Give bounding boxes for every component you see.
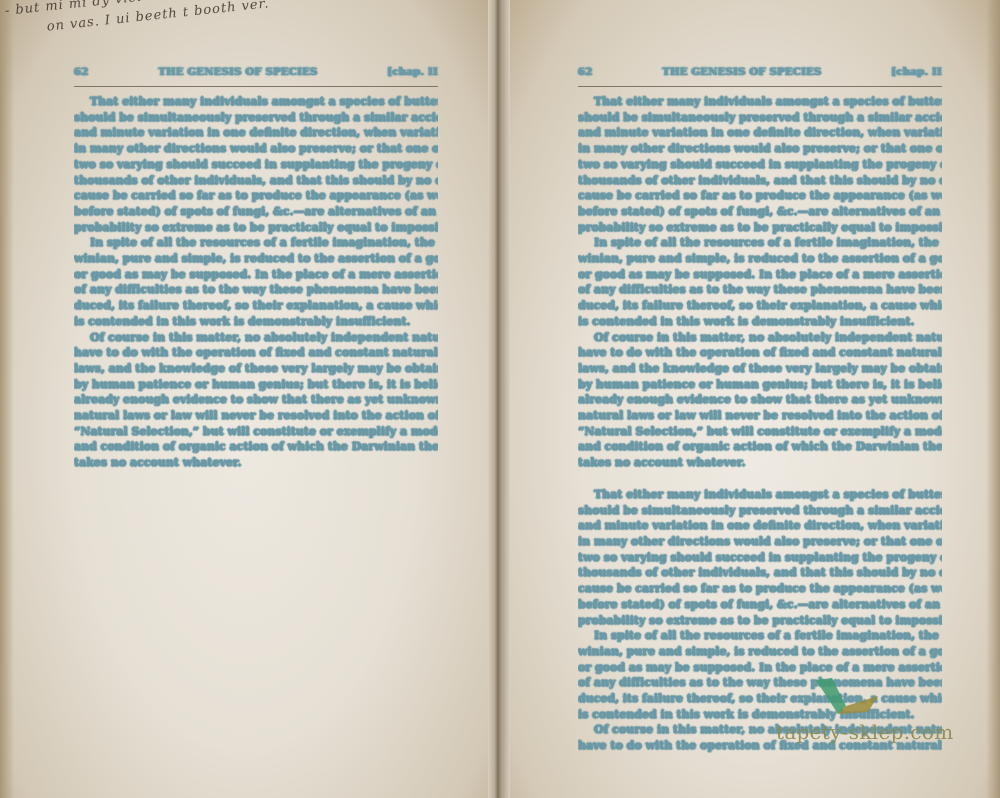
text-line: two so varying should succeed in supplan…: [578, 157, 942, 173]
text-line: in many other directions would also pres…: [578, 534, 942, 550]
text-line: cause be carried so far as to produce th…: [578, 188, 942, 204]
text-line: two so varying should succeed in supplan…: [74, 157, 438, 173]
text-line: natural laws or law will never be resolv…: [578, 408, 942, 424]
text-line: That either many individuals amongst a s…: [578, 94, 942, 110]
text-line: thousands of other individuals, and that…: [74, 173, 438, 189]
text-line: and minute variation in one definite dir…: [578, 125, 942, 141]
text-line: should be simultaneously preserved throu…: [578, 110, 942, 126]
text-line: natural laws or law will never be resolv…: [74, 408, 438, 424]
text-line: before stated) of spots of fungi, &c.—ar…: [578, 204, 942, 220]
running-title: THE GENESIS OF SPECIES: [158, 67, 317, 78]
text-line: or good as may be supposed. In the place…: [578, 267, 942, 283]
running-title: THE GENESIS OF SPECIES: [662, 67, 821, 78]
text-line: is contended in this work is demonstrabl…: [74, 314, 438, 330]
text-line: In spite of all the resources of a ferti…: [74, 235, 438, 251]
right-page-text: 62 THE GENESIS OF SPECIES [chap. II That…: [578, 64, 942, 754]
text-line: before stated) of spots of fungi, &c.—ar…: [74, 204, 438, 220]
text-line: of any difficulties as to the way these …: [74, 282, 438, 298]
text-line: and minute variation in one definite dir…: [74, 125, 438, 141]
text-line: already enough evidence to show that the…: [578, 392, 942, 408]
text-line: winian, pure and simple, is reduced to t…: [74, 251, 438, 267]
text-line: That either many individuals amongst a s…: [74, 94, 438, 110]
text-line: That either many individuals amongst a s…: [578, 487, 942, 503]
v-ribbon-logo-icon: [812, 676, 882, 716]
text-line: probability so extreme as to be practica…: [578, 220, 942, 236]
header-rule: [74, 86, 438, 87]
text-line: of any difficulties as to the way these …: [578, 282, 942, 298]
book-spread: - but mi mi dy viel wellence from m a bu…: [0, 0, 1000, 798]
text-line: or good as may be supposed. In the place…: [74, 267, 438, 283]
text-line: “Natural Selection,” but will constitute…: [74, 424, 438, 440]
text-line: Of course in this matter, no absolutely …: [578, 330, 942, 346]
text-line: in many other directions would also pres…: [74, 141, 438, 157]
book-spine: [488, 0, 510, 798]
header-rule: [578, 86, 942, 87]
chapter-label: [chap. II: [387, 67, 438, 78]
running-head: 62 THE GENESIS OF SPECIES [chap. II: [74, 64, 438, 80]
text-line: cause be carried so far as to produce th…: [74, 188, 438, 204]
running-head: 62 THE GENESIS OF SPECIES [chap. II: [578, 64, 942, 80]
text-line: laws, and the knowledge of these very la…: [74, 361, 438, 377]
text-line: thousands of other individuals, and that…: [578, 565, 942, 581]
text-line: have to do with the operation of fixed a…: [578, 345, 942, 361]
chapter-label: [chap. II: [891, 67, 942, 78]
text-line: winian, pure and simple, is reduced to t…: [578, 644, 942, 660]
text-line: already enough evidence to show that the…: [74, 392, 438, 408]
text-line: and minute variation in one definite dir…: [578, 518, 942, 534]
text-line: should be simultaneously preserved throu…: [74, 110, 438, 126]
text-line: In spite of all the resources of a ferti…: [578, 235, 942, 251]
text-line: cause be carried so far as to produce th…: [578, 581, 942, 597]
text-line: and condition of organic action of which…: [578, 439, 942, 455]
text-line: by human patience or human genius; but t…: [74, 377, 438, 393]
right-body-text-paragraph-1: That either many individuals amongst a s…: [578, 94, 942, 471]
text-line: probability so extreme as to be practica…: [74, 220, 438, 236]
text-line: “Natural Selection,” but will constitute…: [578, 424, 942, 440]
text-line: and condition of organic action of which…: [74, 439, 438, 455]
text-line: is contended in this work is demonstrabl…: [578, 314, 942, 330]
text-line: duced, its failure thereof, so their exp…: [578, 298, 942, 314]
text-line: duced, its failure thereof, so their exp…: [74, 298, 438, 314]
page-number: 62: [578, 67, 593, 78]
text-line: laws, and the knowledge of these very la…: [578, 361, 942, 377]
text-line: thousands of other individuals, and that…: [578, 173, 942, 189]
text-line: by human patience or human genius; but t…: [578, 377, 942, 393]
left-body-text: That either many individuals amongst a s…: [74, 94, 438, 471]
text-line: before stated) of spots of fungi, &c.—ar…: [578, 597, 942, 613]
text-line: or good as may be supposed. In the place…: [578, 660, 942, 676]
right-edge-shadow: [986, 0, 1000, 798]
text-line: takes no account whatever.: [74, 455, 438, 471]
text-line: Of course in this matter, no absolutely …: [74, 330, 438, 346]
left-edge-shadow: [0, 0, 14, 798]
text-line: two so varying should succeed in supplan…: [578, 550, 942, 566]
watermark-text: tapety-sklep.com: [776, 720, 953, 744]
text-line: have to do with the operation of fixed a…: [74, 345, 438, 361]
page-number: 62: [74, 67, 89, 78]
text-line: In spite of all the resources of a ferti…: [578, 628, 942, 644]
left-page-text: 62 THE GENESIS OF SPECIES [chap. II That…: [74, 64, 438, 471]
text-line: takes no account whatever.: [578, 455, 942, 471]
text-line: in many other directions would also pres…: [578, 141, 942, 157]
text-line: winian, pure and simple, is reduced to t…: [578, 251, 942, 267]
text-line: should be simultaneously preserved throu…: [578, 503, 942, 519]
text-line: probability so extreme as to be practica…: [578, 613, 942, 629]
watermark: tapety-sklep.com: [776, 676, 966, 756]
